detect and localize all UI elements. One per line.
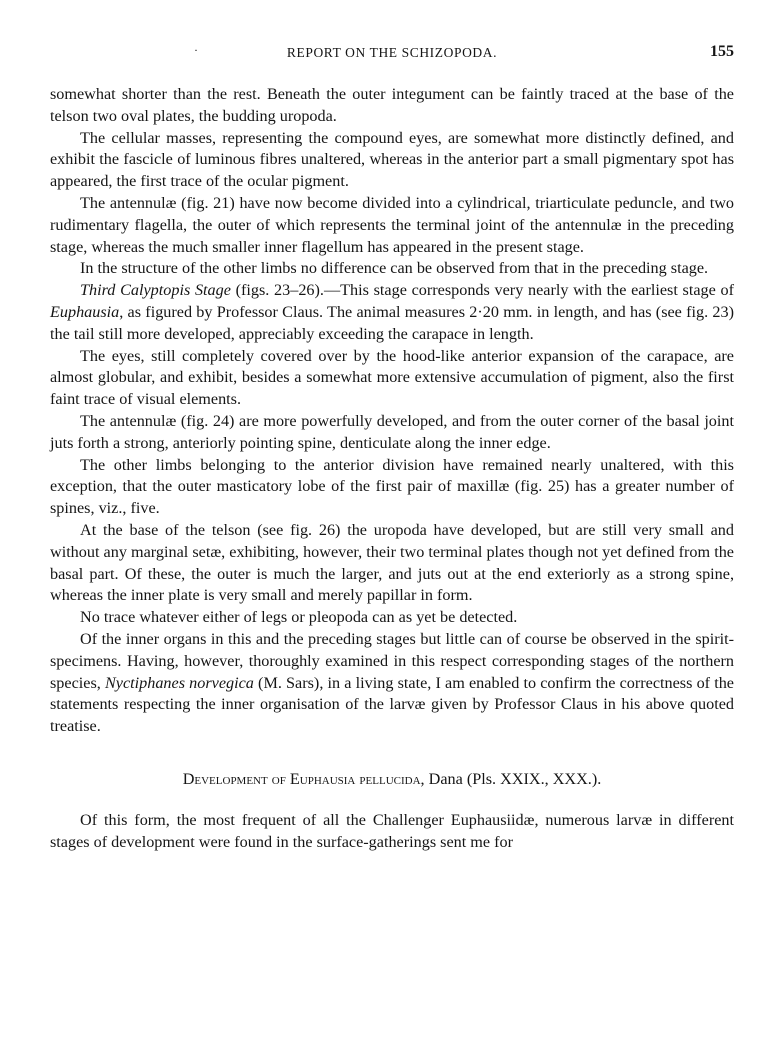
paragraph-antennulae-fig21: The antennulæ (fig. 21) have now become … [50,193,734,258]
page-number: 155 [710,43,734,61]
body-text: somewhat shorter than the rest. Beneath … [50,84,734,853]
paragraph-euphausia-pellucida: Of this form, the most frequent of all t… [50,810,734,854]
paragraph-telson-uropoda: At the base of the telson (see fig. 26) … [50,520,734,607]
paragraph-no-legs: No trace whatever either of legs or pleo… [50,607,734,629]
paragraph-eyes: The eyes, still completely covered over … [50,346,734,411]
genus-name: Euphausia [50,303,119,321]
paragraph-other-limbs: In the structure of the other limbs no d… [50,258,734,280]
section-heading: Development of Euphausia pellucida, Dana… [50,769,734,791]
paragraph-continuation: somewhat shorter than the rest. Beneath … [50,84,734,128]
running-header: · REPORT ON THE SCHIZOPODA. 155 [50,43,734,65]
species-name: Nyctiphanes norvegica [105,674,254,692]
running-title: REPORT ON THE SCHIZOPODA. [50,45,734,61]
stage-title: Third Calyptopis Stage [80,281,231,299]
paragraph-anterior-limbs: The other limbs belonging to the anterio… [50,455,734,520]
paragraph-inner-organs: Of the inner organs in this and the prec… [50,629,734,738]
paragraph-third-calyptopis-stage: Third Calyptopis Stage (figs. 23–26).—Th… [50,280,734,345]
paragraph-antennulae-fig24: The antennulæ (fig. 24) are more powerfu… [50,411,734,455]
paragraph-compound-eyes: The cellular masses, representing the co… [50,128,734,193]
